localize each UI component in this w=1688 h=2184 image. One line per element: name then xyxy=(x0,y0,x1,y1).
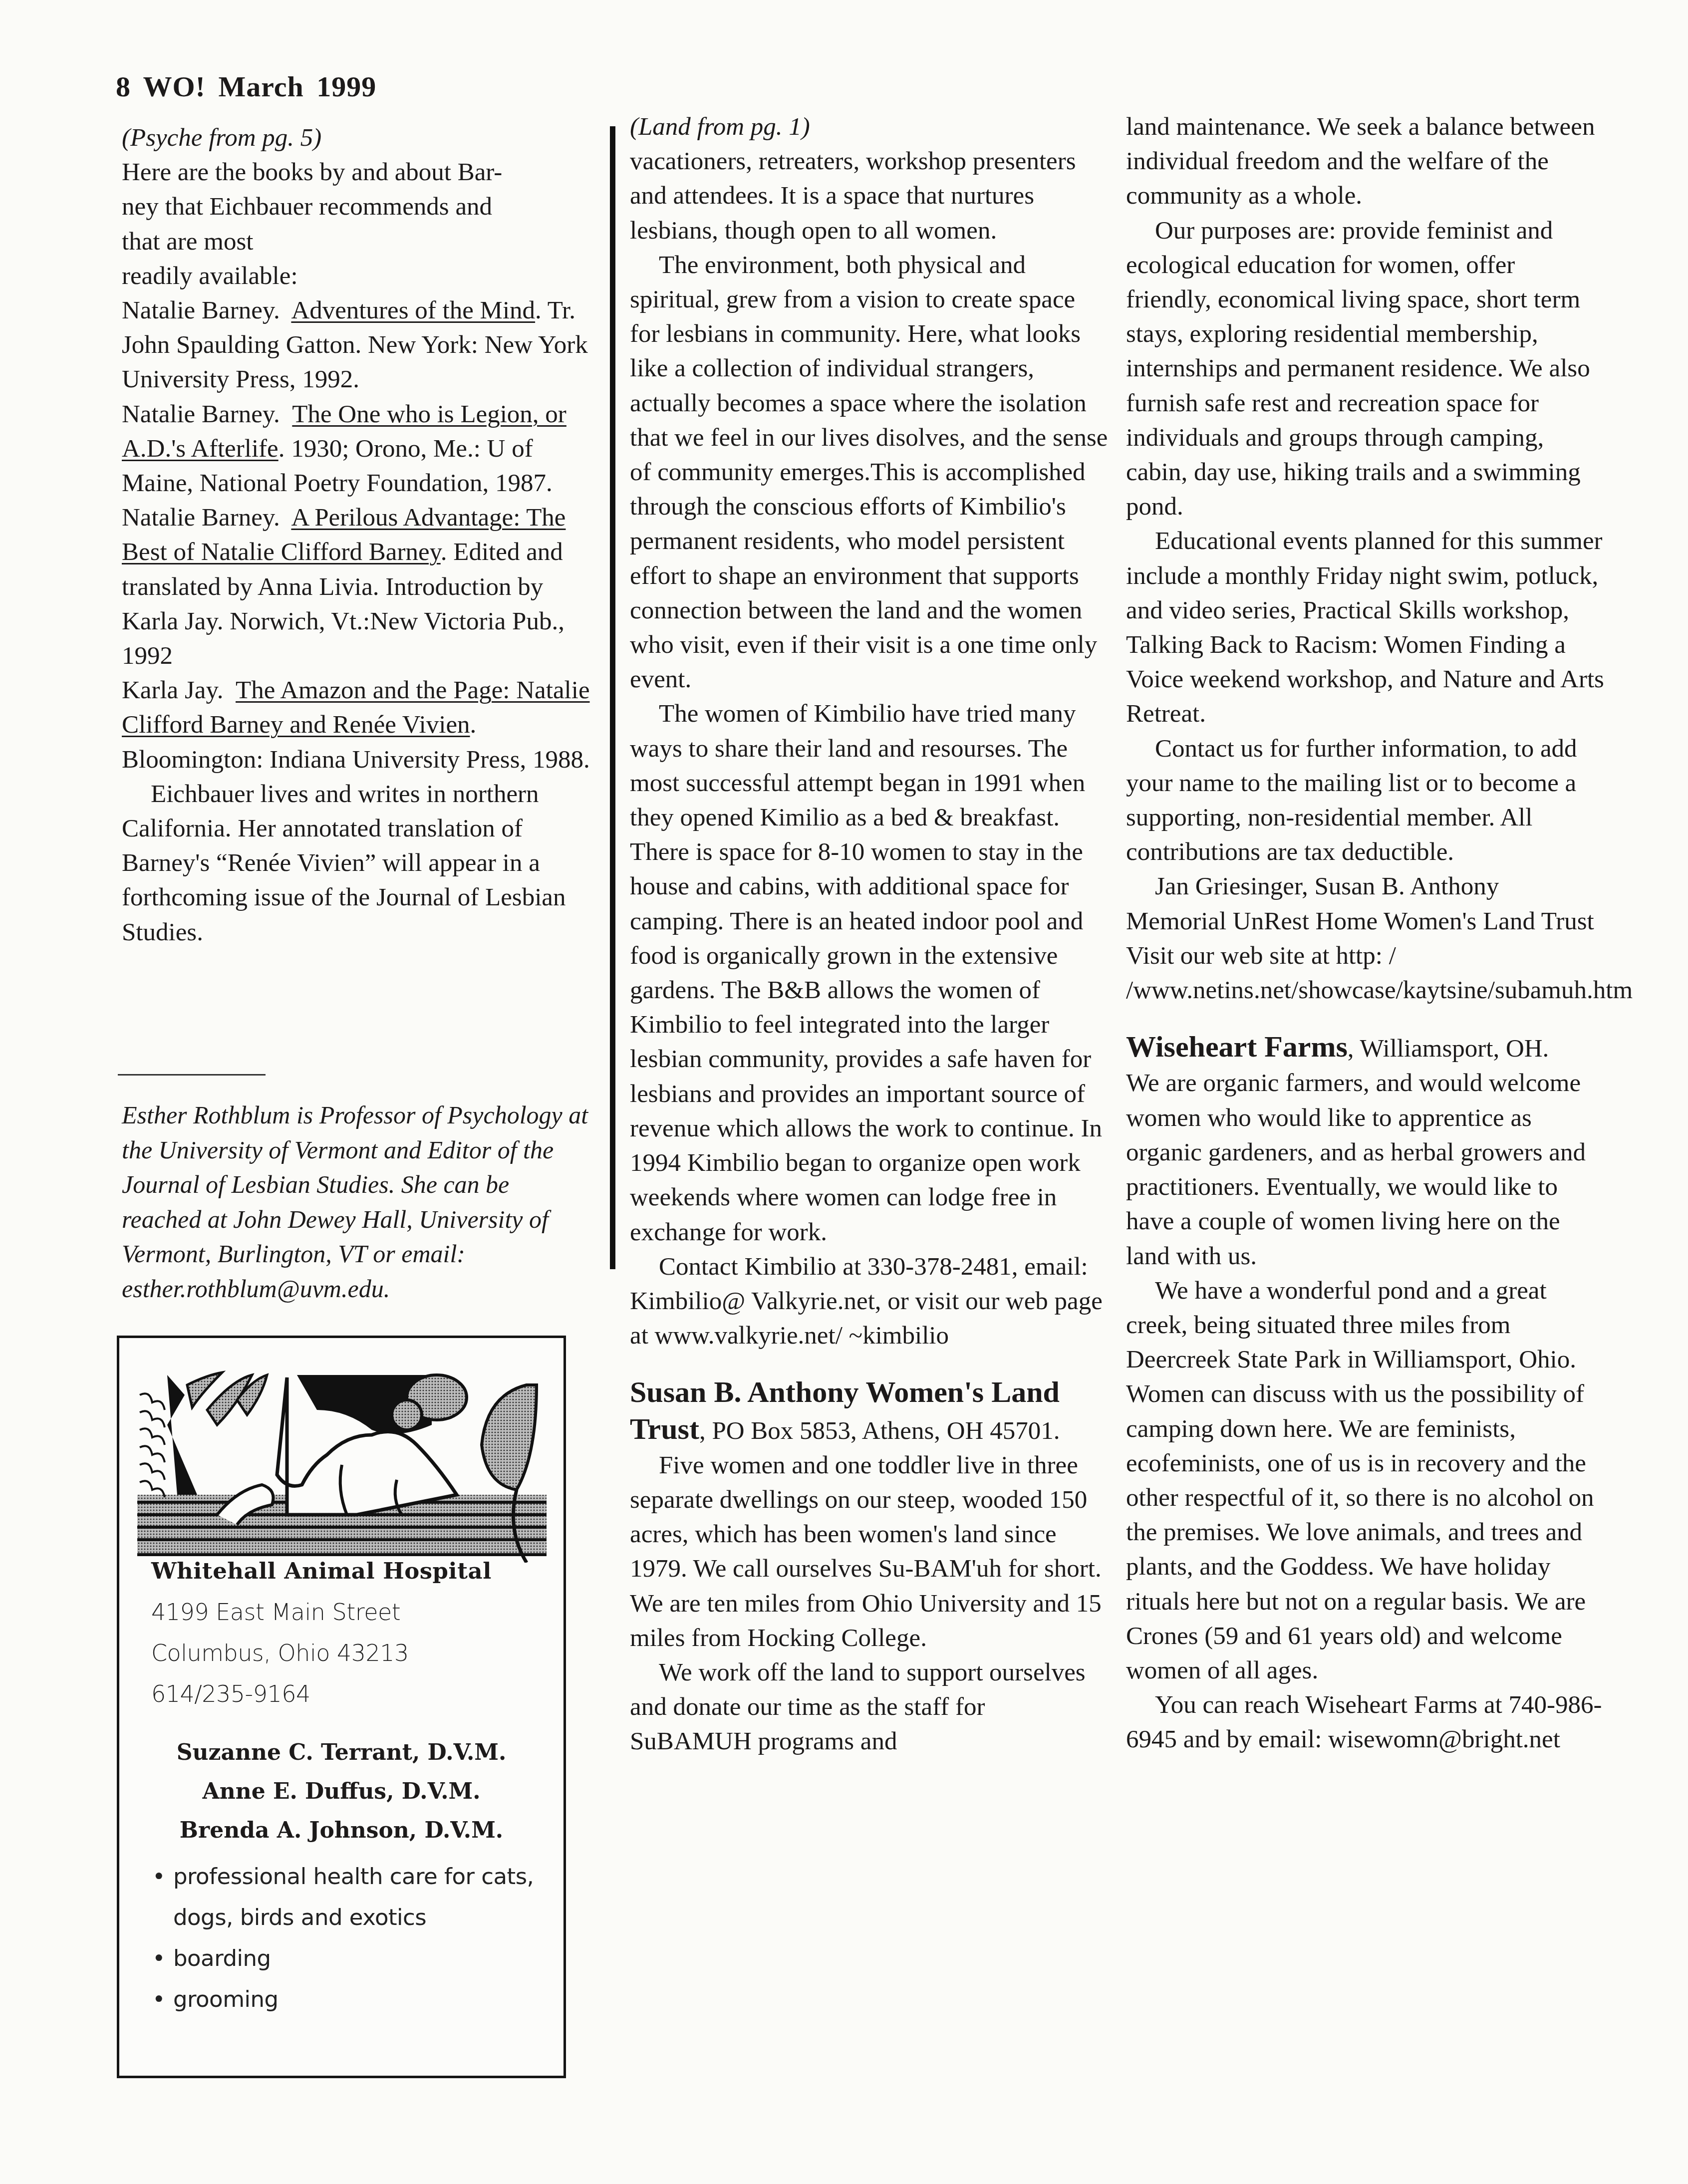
bullet-icon: • xyxy=(152,1856,165,1897)
continuation-note: (Psyche from pg. 5) xyxy=(122,121,601,155)
phone-number: 614/235-9164 xyxy=(151,1673,409,1714)
page-number: 8 xyxy=(116,70,131,103)
section-heading: Wiseheart Farms, Williamsport, OH. xyxy=(1126,1030,1605,1066)
doctor-name: Anne E. Duffus, D.V.M. xyxy=(119,1772,563,1811)
doctor-name: Brenda A. Johnson, D.V.M. xyxy=(119,1811,563,1850)
intro-line: that are most xyxy=(122,225,601,259)
book-entry: Karla Jay. The Amazon and the Page: Nata… xyxy=(122,673,601,777)
paragraph: vacationers, retreaters, workshop presen… xyxy=(630,144,1109,248)
page-header: 8 WO! March 1999 xyxy=(116,70,376,103)
intro-line: readily available: xyxy=(122,259,601,293)
bullet-icon: • xyxy=(152,1938,165,1979)
doctor-list: Suzanne C. Terrant, D.V.M. Anne E. Duffu… xyxy=(119,1733,563,1850)
book-entry: Natalie Barney. A Perilous Advantage: Th… xyxy=(122,501,601,673)
book-entry: Natalie Barney. The One who is Legion, o… xyxy=(122,397,601,501)
organization-location: , Williamsport, OH. xyxy=(1348,1035,1549,1063)
paragraph: We have a wonderful pond and a great cre… xyxy=(1126,1274,1605,1688)
hospital-name: Whitehall Animal Hospital xyxy=(151,1558,492,1584)
organization-name: Wiseheart Farms xyxy=(1126,1030,1348,1063)
address-line: Columbus, Ohio 43213 xyxy=(151,1633,409,1673)
book-title: Adventures of the Mind xyxy=(291,296,535,324)
animal-illustration-icon xyxy=(137,1365,547,1563)
column-divider xyxy=(610,126,615,1269)
organization-address: , PO Box 5853, Athens, OH 45701. xyxy=(699,1417,1060,1445)
middle-column: (Land from pg. 1) vacationers, retreater… xyxy=(630,110,1109,1759)
book-entry: Natalie Barney. Adventures of the Mind. … xyxy=(122,293,601,397)
service-label: professional health care for cats, dogs,… xyxy=(173,1863,534,1930)
paragraph: Five women and one toddler live in three… xyxy=(630,1448,1109,1655)
right-column: land maintenance. We seek a balance betw… xyxy=(1126,110,1605,1757)
paragraph: land maintenance. We seek a balance betw… xyxy=(1126,110,1605,214)
divider-rule xyxy=(118,1074,266,1076)
book-author: Karla Jay. xyxy=(122,676,223,704)
author-bio: Esther Rothblum is Professor of Psycholo… xyxy=(122,1098,591,1306)
issue-date: March 1999 xyxy=(218,70,376,103)
service-item: •boarding xyxy=(151,1938,561,1979)
paragraph: Our purposes are: provide feminist and e… xyxy=(1126,214,1605,525)
intro-line: ney that Eichbauer recommends and xyxy=(122,190,601,224)
intro-line: Here are the books by and about Bar- xyxy=(122,155,601,190)
address-line: 4199 East Main Street xyxy=(151,1592,409,1633)
paragraph: We work off the land to support ourselve… xyxy=(630,1655,1109,1759)
paragraph: The environment, both physical and spiri… xyxy=(630,248,1109,697)
paragraph: The women of Kimbilio have tried many wa… xyxy=(630,697,1109,1249)
paragraph: Educational events planned for this summ… xyxy=(1126,524,1605,731)
book-author: Natalie Barney. xyxy=(122,400,280,428)
service-item: •grooming xyxy=(151,1979,561,2020)
paragraph: You can reach Wiseheart Farms at 740-986… xyxy=(1126,1688,1605,1757)
paragraph: We are organic farmers, and would welcom… xyxy=(1126,1066,1605,1273)
paragraph: Jan Griesinger, Susan B. Anthony Memoria… xyxy=(1126,869,1605,1008)
closing-paragraph: Eichbauer lives and writes in northern C… xyxy=(122,777,601,950)
publication-name: WO! xyxy=(143,70,205,103)
continuation-note: (Land from pg. 1) xyxy=(630,110,1109,144)
book-author: Natalie Barney. xyxy=(122,504,280,532)
service-item: •professional health care for cats, dogs… xyxy=(151,1856,561,1938)
hospital-contact: 4199 East Main Street Columbus, Ohio 432… xyxy=(151,1592,409,1714)
services-list: •professional health care for cats, dogs… xyxy=(151,1856,561,2020)
paragraph: Contact Kimbilio at 330-378-2481, email:… xyxy=(630,1250,1109,1354)
left-column: (Psyche from pg. 5) Here are the books b… xyxy=(122,121,601,950)
service-label: grooming xyxy=(173,1986,279,2012)
section-heading: Susan B. Anthony Women's Land Trust, PO … xyxy=(630,1375,1109,1448)
paragraph: Contact us for further information, to a… xyxy=(1126,732,1605,870)
book-author: Natalie Barney. xyxy=(122,296,280,324)
animal-hospital-ad: Whitehall Animal Hospital 4199 East Main… xyxy=(117,1336,566,2078)
bullet-icon: • xyxy=(152,1979,165,2020)
service-label: boarding xyxy=(173,1945,271,1971)
doctor-name: Suzanne C. Terrant, D.V.M. xyxy=(119,1733,563,1772)
